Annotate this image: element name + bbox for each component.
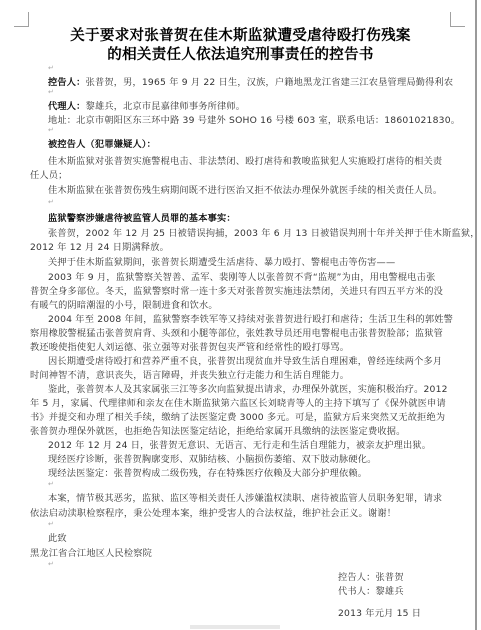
facts-line: 有暖气的阴暗潮湿的小号，限制进食和饮水。 bbox=[30, 297, 218, 311]
complainant-line: 控告人：张普贺，男，1965 年 9 月 22 日生，汉族，户籍地黑龙江省建三江… bbox=[48, 74, 453, 88]
next-page-text-fragment bbox=[190, 625, 280, 629]
request-line: 本案，情节极其恶劣，监狱、监区等相关责任人涉嫌滥权渎职、虐待被监管人员职务犯罪，… bbox=[48, 490, 442, 504]
request-line: 依法启动渎职检察程序，秉公处理本案，维护受害人的合法权益，维护社会正义。谢谢！ bbox=[30, 505, 396, 519]
facts-line: 现经医疗诊断，张普贺胸廓变形、双肺结核、小脑损伤萎缩、双下肢动脉硬化。 bbox=[48, 451, 377, 465]
facts-line: 张普贺办理保外就医，也拒绝告知法医鉴定结论，拒绝给家属开具缴纳的法医鉴定费收据。 bbox=[30, 423, 406, 437]
paragraph-mark: ↵ bbox=[48, 480, 54, 488]
complainant-label: 控告人： bbox=[48, 77, 86, 88]
facts-line: 鉴此，张普贺本人及其家属张三江等多次向监狱提出请求，办理保外就医，实施积极治疗。… bbox=[48, 381, 448, 395]
facts-line: 普贺全身多部位。冬天，监狱警察时常一连十多天对张普贺实施违法禁闭，关进只有四五平… bbox=[30, 283, 443, 297]
paragraph-mark: ↵ bbox=[48, 64, 54, 72]
facts-line: 2012 年 12 月 24 日，张普贺无意识、无语言、无行走和生活自理能力，被… bbox=[48, 437, 431, 451]
facts-line: 关押于佳木斯监狱期间，张普贺长期遭受生活虐待、暴力殴打、警棍电击等伤害—— bbox=[48, 254, 395, 268]
facts-line: 张普贺，2002 年 12 月 25 日被错误拘捕，2003 年 6 月 13 … bbox=[48, 225, 480, 239]
paragraph-mark: ↵ bbox=[48, 126, 54, 134]
complainant-text: 张普贺，男，1965 年 9 月 22 日生，汉族，户籍地黑龙江省建三江农垦管理… bbox=[86, 77, 454, 88]
signature-date: 2013 年元月 15 日 bbox=[338, 605, 421, 619]
signature-complainant: 控告人：张普贺 bbox=[338, 569, 404, 583]
facts-line: 2004 年至 2008 年间，监狱警察李铁军等又持续对张普贺进行殴打和虐待；生… bbox=[48, 311, 453, 325]
paragraph-mark: ↵ bbox=[48, 198, 54, 206]
agent-address: 地址：北京市朝阳区东三环中路 39 号建外 SOHO 16 号楼 603 室，联… bbox=[48, 112, 460, 126]
facts-line: 时间神智不清，意识丧失，语言障碍，并丧失独立行走能力和生活自理能力。 bbox=[30, 367, 349, 381]
facts-line: 2003 年 9 月，监狱警察关智善、孟军、裴刚等人以张普贺不背“监规”为由，用… bbox=[48, 269, 435, 283]
agent-line: 代理人：黎雄兵，北京市昆嘉律师事务所律师。 bbox=[48, 98, 245, 112]
document-page[interactable]: 关于要求对张普贺在佳木斯监狱遭受虐待殴打伤残案 的相关责任人依法追究刑事责任的控… bbox=[0, 0, 475, 630]
facts-line: 2012 年 12 月 24 日期满释放。 bbox=[30, 239, 169, 253]
facts-line: 察用橡胶警棍猛击张普贺肩背、头颈和小腿等部位，张姓教导员还用电警棍电击张普贺脸部… bbox=[30, 325, 443, 339]
closing-recipient: 黑龙江省合江地区人民检察院 bbox=[30, 545, 152, 559]
paragraph-mark: ↵ bbox=[48, 88, 54, 96]
document-title-line-2: 的相关责任人依法追究刑事责任的控告书 bbox=[0, 43, 481, 64]
agent-label: 代理人： bbox=[48, 101, 86, 112]
paragraph-mark: ↵ bbox=[48, 520, 54, 528]
accused-line: 佳木斯监狱对张普贺实施警棍电击、非法禁闭、殴打虐待和教唆监狱犯人实施殴打虐待的相… bbox=[48, 153, 442, 167]
page-right-border bbox=[475, 0, 481, 630]
facts-line: 现经法医鉴定：张普贺构成二级伤残，存在特殊医疗依赖及大部分护理依赖。 bbox=[48, 465, 367, 479]
facts-heading: 监狱警察涉嫌虐待被监管人员罪的基本事实： bbox=[48, 210, 236, 224]
paragraph-mark: ↵ bbox=[48, 560, 54, 568]
signature-writer: 代书人：黎雄兵 bbox=[338, 583, 404, 597]
accused-line: 佳木斯监狱在张普贺伤残生病期间既不进行医治又拒不依法办理保外就医手续的相关责任人… bbox=[48, 182, 442, 196]
closing-salutation: 此致 bbox=[48, 530, 67, 544]
facts-line: 教还唆使指使犯人刘运德、张立强等对张普贺包夹严管和经常性的殴打辱骂。 bbox=[30, 339, 349, 353]
facts-line: 年 5 月，家属、代理律师和亲友在佳木斯监狱第六监区长刘晓青等人的主持下填写了《… bbox=[30, 395, 446, 409]
agent-text: 黎雄兵，北京市昆嘉律师事务所律师。 bbox=[86, 101, 246, 112]
document-title-line-1: 关于要求对张普贺在佳木斯监狱遭受虐待殴打伤残案 bbox=[0, 24, 481, 45]
accused-line: 任人员； bbox=[30, 167, 68, 181]
facts-line: 因长期遭受虐待殴打和营养严重不良，张普贺出现贫血并导致生活自理困难，曾经连续两个… bbox=[48, 353, 442, 367]
accused-heading: 被控告人（犯罪嫌疑人）： bbox=[48, 136, 156, 150]
facts-line: 书》并提交和办理了相关手续，缴纳了法医鉴定费 3000 多元。可是，监狱方后来突… bbox=[30, 409, 445, 423]
